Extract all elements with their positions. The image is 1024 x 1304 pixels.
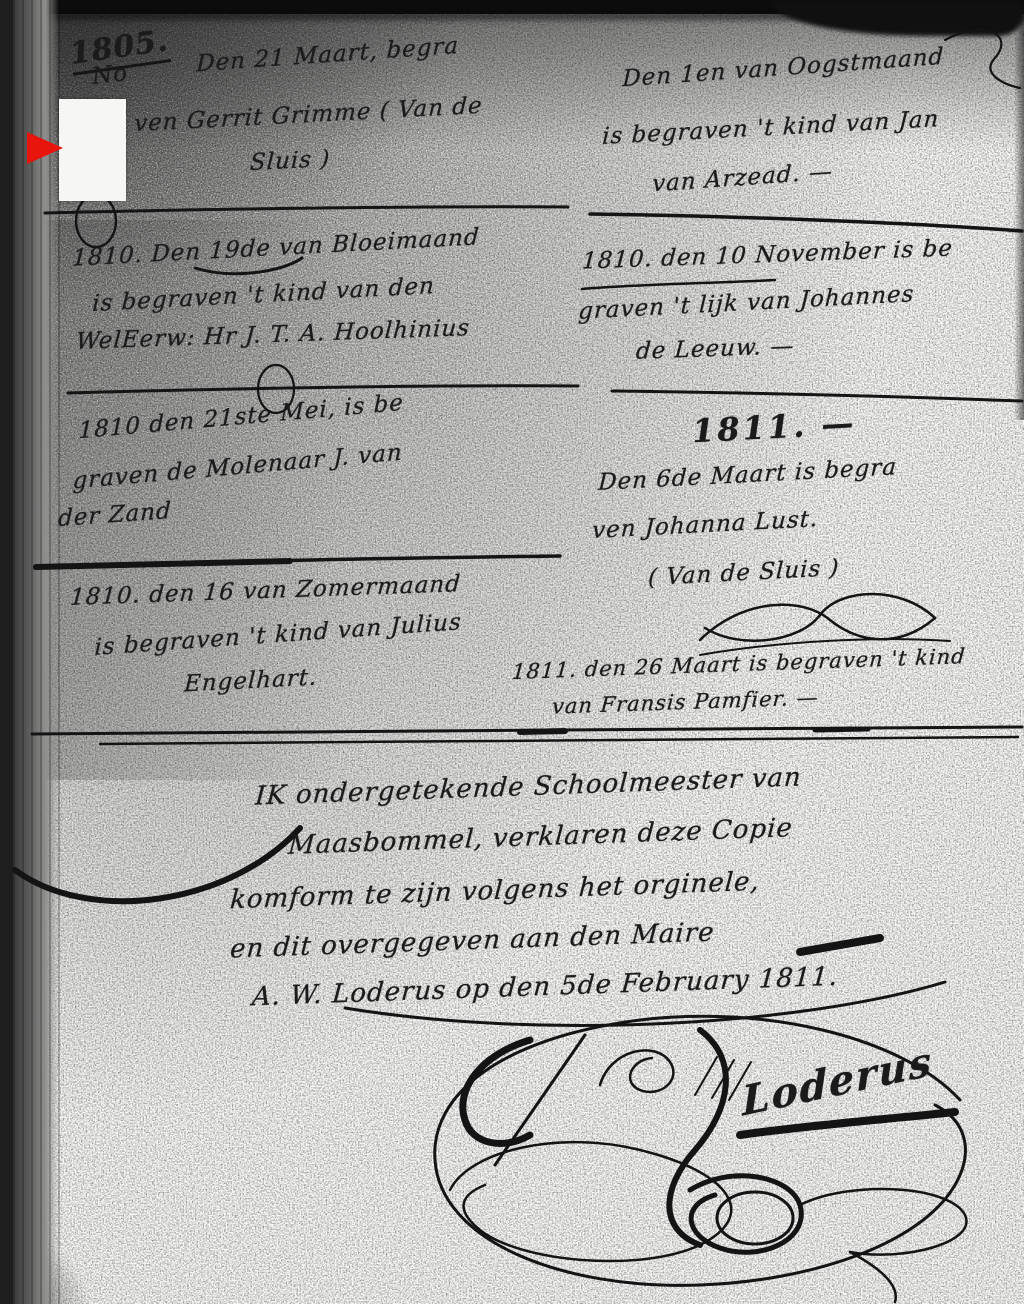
- certification-line: Maasbommel, verklaren deze Copie: [287, 813, 794, 861]
- entry-year-heading: 1811. —: [691, 404, 857, 451]
- entry-line: ( Van de Sluis ): [647, 555, 840, 591]
- certification-line: en dit overgegeven aan den Maire: [229, 917, 715, 964]
- white-paper-patch: [59, 99, 126, 201]
- register-page-scan: 1805. No Den 21 Maart, begra ven Gerrit …: [0, 0, 1024, 1304]
- scan-shadow-right-edge: [1014, 0, 1024, 420]
- certification-line: A. W. Loderus op den 5de February 1811.: [251, 962, 839, 1013]
- entry-number-label: No: [91, 60, 130, 90]
- signature-name: Loderus: [741, 1037, 933, 1125]
- book-gutter-streaks: [13, 0, 65, 1304]
- red-arrow-marker: [27, 132, 63, 164]
- entry-line: de Leeuw. —: [635, 333, 795, 365]
- entry-line: Sluis ): [249, 146, 331, 176]
- certification-line: komform te zijn volgens het orginele,: [229, 867, 761, 916]
- book-spine-edge: [0, 0, 13, 1304]
